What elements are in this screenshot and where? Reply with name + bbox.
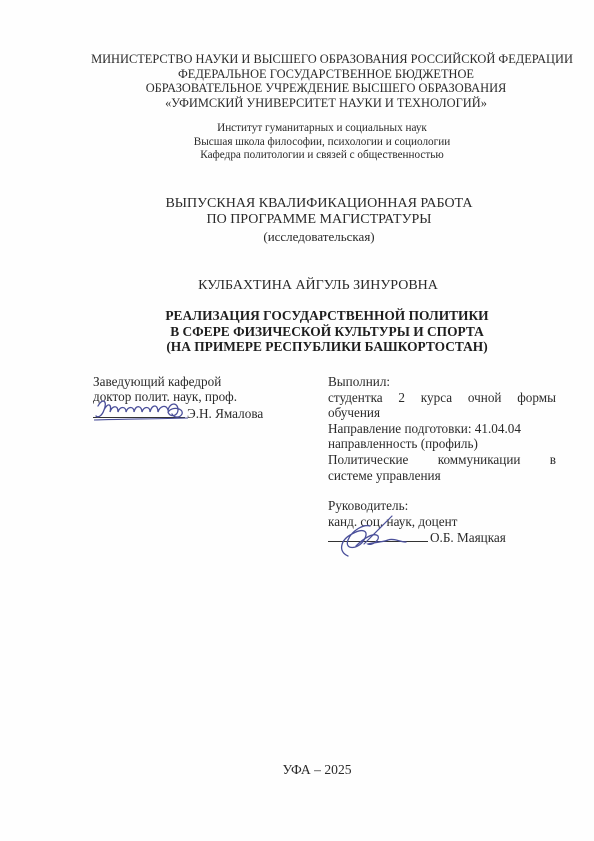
work-type-line: ВЫПУСКНАЯ КВАЛИФИКАЦИОННАЯ РАБОТА	[44, 196, 594, 212]
topic-line: (НА ПРИМЕРЕ РЕСПУБЛИКИ БАШКОРТОСТАН)	[60, 339, 594, 355]
work-type-line: ПО ПРОГРАММЕ МАГИСТРАТУРЫ	[44, 212, 594, 228]
performer-direction: Направление подготовки: 41.04.04	[328, 421, 556, 437]
supervisor-degree: канд. соц. наук, доцент	[328, 514, 556, 530]
work-type-block: ВЫПУСКНАЯ КВАЛИФИКАЦИОННАЯ РАБОТА ПО ПРО…	[0, 196, 594, 245]
supervisor-name: О.Б. Маяцкая	[430, 530, 506, 545]
performer-block: Выполнил: студентка 2 курса очной формы …	[328, 374, 556, 546]
ministry-line: МИНИСТЕРСТВО НАУКИ И ВЫСШЕГО ОБРАЗОВАНИЯ…	[0, 52, 594, 67]
head-of-department-block: Заведующий кафедрой доктор полит. наук, …	[93, 374, 313, 421]
author-name: КУЛБАХТИНА АЙГУЛЬ ЗИНУРОВНА	[0, 278, 594, 294]
work-type-subtitle: (исследовательская)	[44, 229, 594, 245]
performer-profile: Политические коммуникации в	[328, 452, 556, 468]
signature-underline	[328, 529, 428, 542]
title-page: МИНИСТЕРСТВО НАУКИ И ВЫСШЕГО ОБРАЗОВАНИЯ…	[0, 0, 594, 841]
head-signature-line: Э.Н. Ямалова	[93, 405, 313, 421]
topic-line: РЕАЛИЗАЦИЯ ГОСУДАРСТВЕННОЙ ПОЛИТИКИ	[60, 308, 594, 324]
city-year: УФА – 2025	[0, 762, 594, 778]
head-degree: доктор полит. наук, проф.	[93, 389, 313, 404]
institute-name: Институт гуманитарных и социальных наук	[50, 122, 594, 136]
school-name: Высшая школа философии, психологии и соц…	[50, 136, 594, 150]
performer-profile-cont: системе управления	[328, 468, 556, 484]
department-name: Кафедра политологии и связей с обществен…	[50, 149, 594, 163]
head-name: Э.Н. Ямалова	[187, 406, 263, 421]
thesis-topic: РЕАЛИЗАЦИЯ ГОСУДАРСТВЕННОЙ ПОЛИТИКИ В СФ…	[0, 308, 594, 355]
topic-line: В СФЕРЕ ФИЗИЧЕСКОЙ КУЛЬТУРЫ И СПОРТА	[60, 324, 594, 340]
performer-profile-label: направленность (профиль)	[328, 436, 556, 452]
ministry-line: ФЕДЕРАЛЬНОЕ ГОСУДАРСТВЕННОЕ БЮДЖЕТНОЕ	[0, 67, 594, 82]
ministry-header: МИНИСТЕРСТВО НАУКИ И ВЫСШЕГО ОБРАЗОВАНИЯ…	[0, 52, 594, 110]
institute-block: Институт гуманитарных и социальных наук …	[0, 122, 594, 163]
supervisor-label: Руководитель:	[328, 498, 556, 514]
performer-study-form: обучения	[328, 405, 556, 421]
signature-underline	[93, 405, 185, 418]
university-name: «УФИМСКИЙ УНИВЕРСИТЕТ НАУКИ И ТЕХНОЛОГИЙ…	[0, 96, 594, 111]
performer-course: студентка 2 курса очной формы	[328, 390, 556, 406]
ministry-line: ОБРАЗОВАТЕЛЬНОЕ УЧРЕЖДЕНИЕ ВЫСШЕГО ОБРАЗ…	[0, 81, 594, 96]
head-title: Заведующий кафедрой	[93, 374, 313, 389]
performer-label: Выполнил:	[328, 374, 556, 390]
supervisor-signature-line: О.Б. Маяцкая	[328, 529, 556, 546]
